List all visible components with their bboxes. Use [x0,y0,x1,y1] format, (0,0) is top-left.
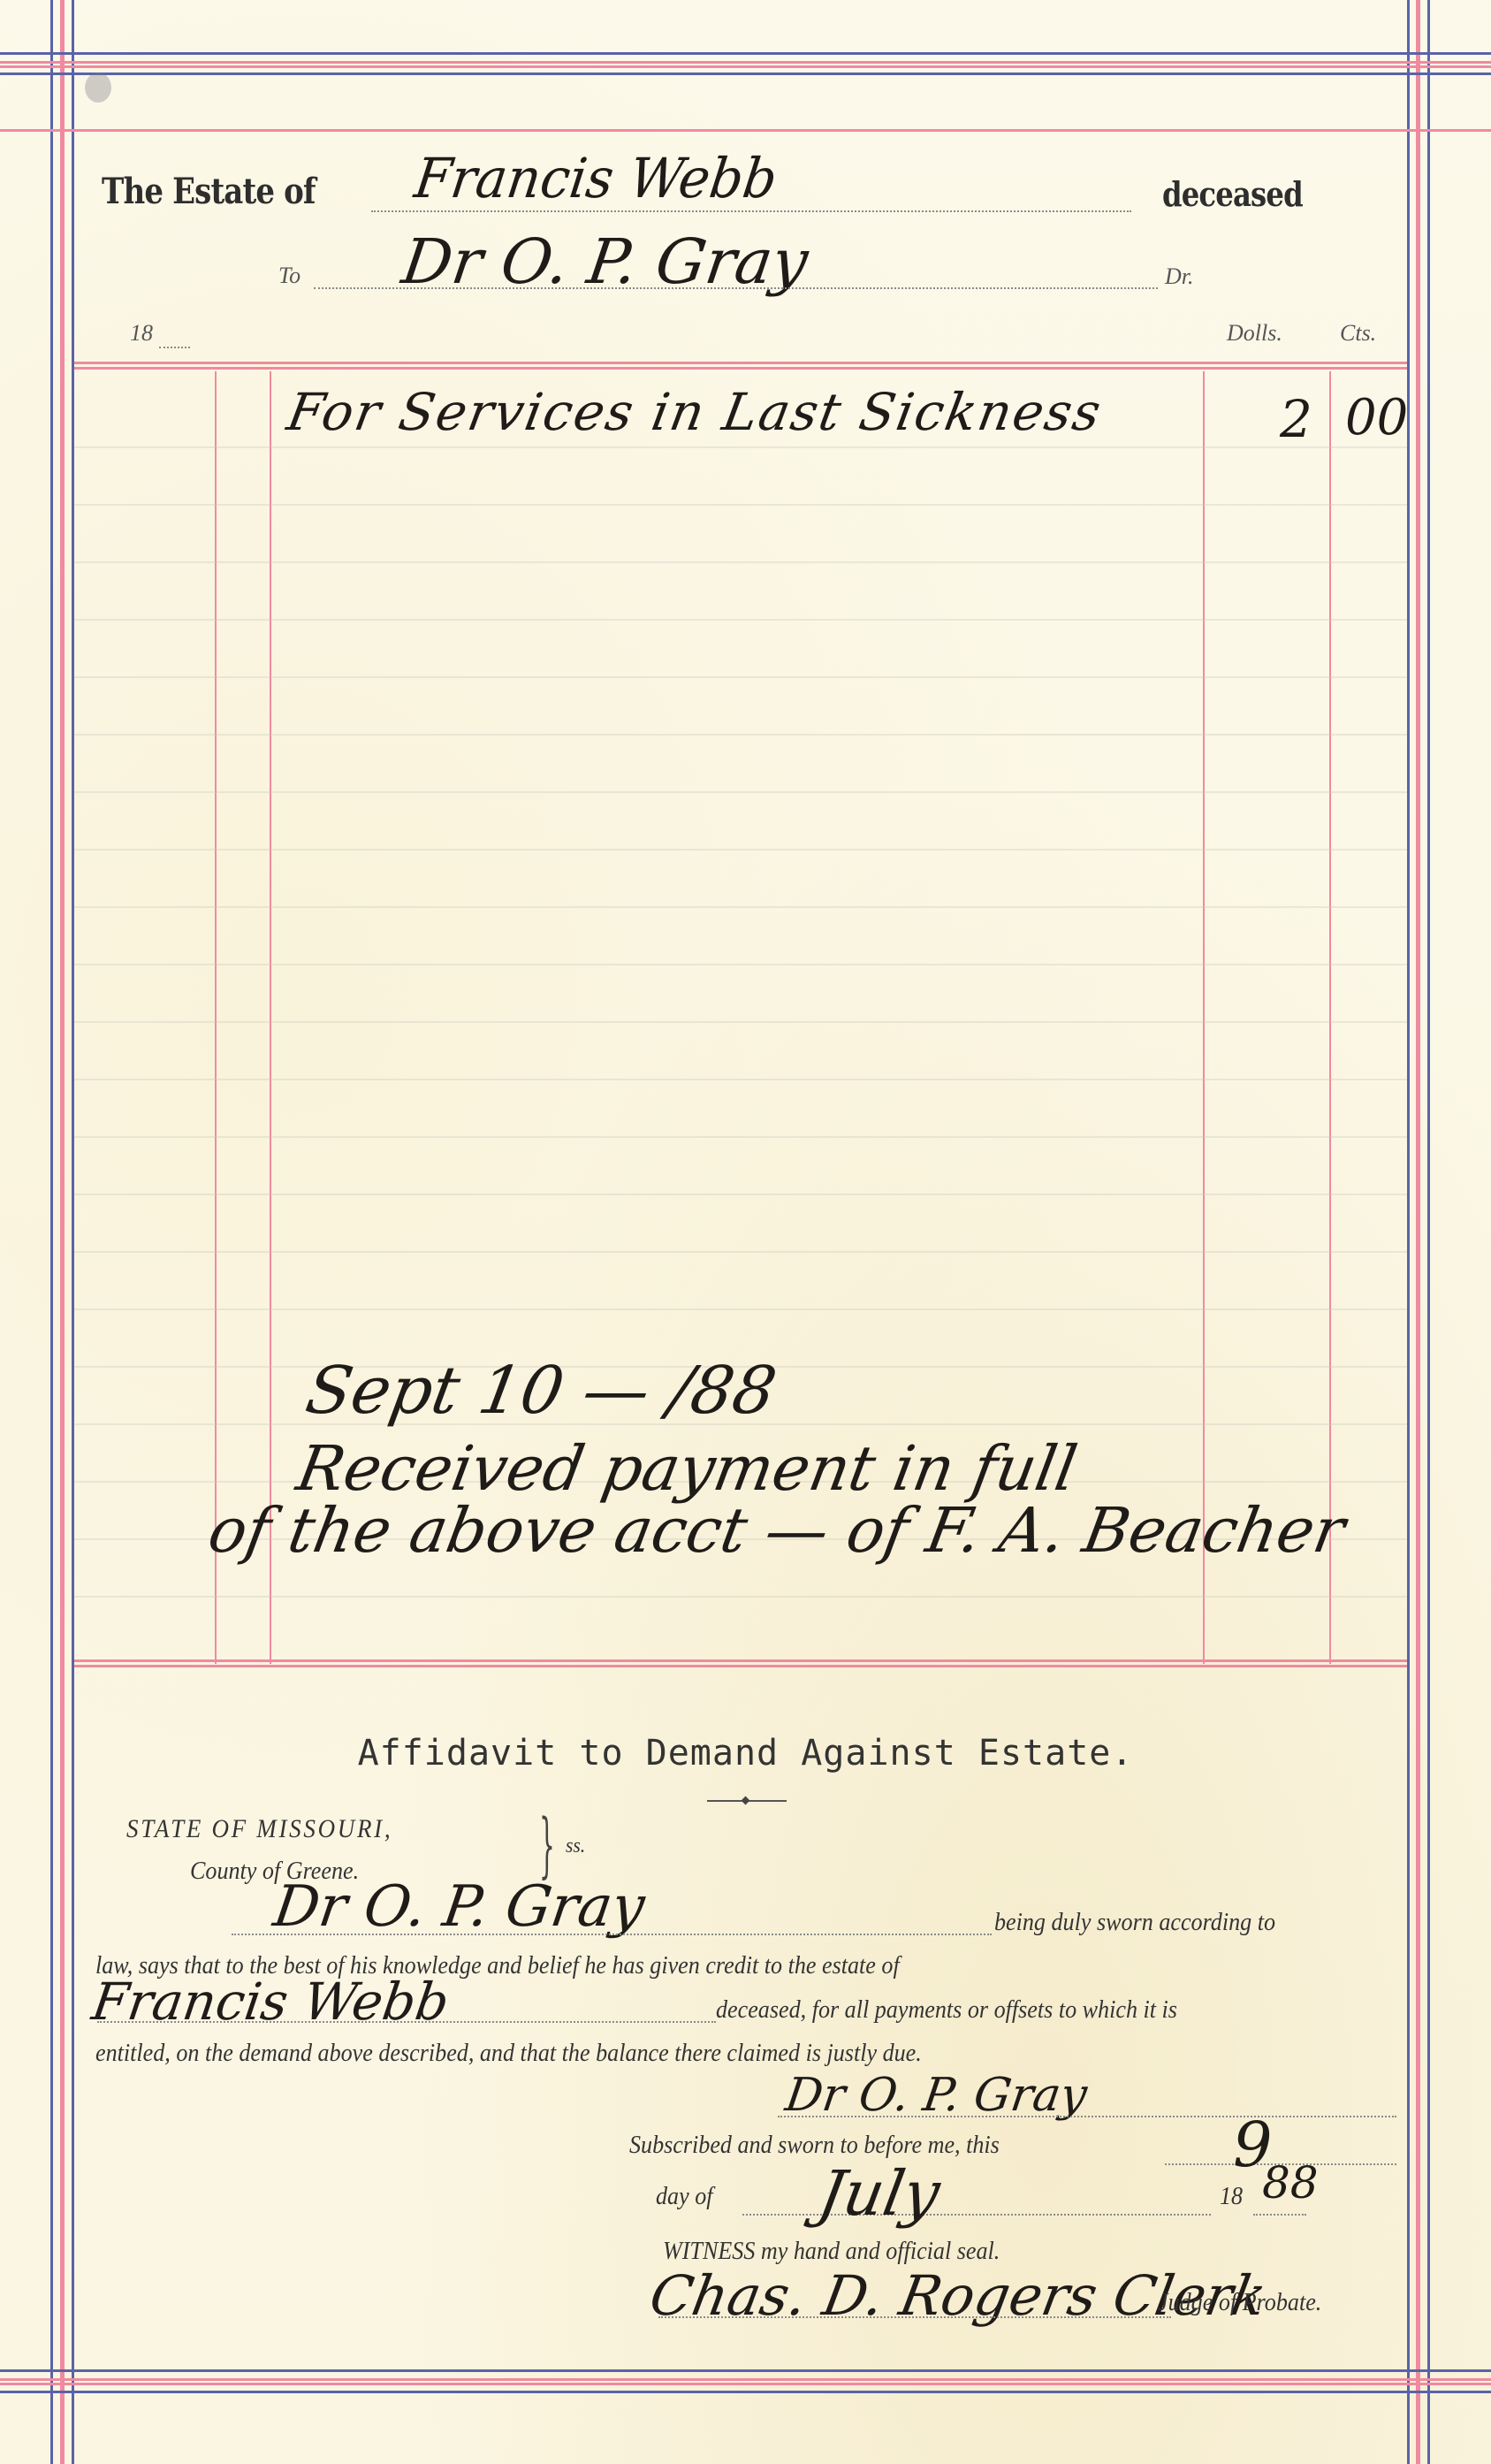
affiant-name: Dr O. P. Gray [270,1874,649,1940]
dollars-column-label: Dolls. [1227,320,1282,347]
ledger-line [74,504,1407,506]
dr-label: Dr. [1165,263,1194,290]
top-rule-pink-2 [0,65,1491,68]
year-line [159,347,190,348]
cents-column-rule [1329,371,1331,1664]
ledger-line [74,619,1407,621]
paper-background [0,0,1491,2464]
ledger-line [74,446,1407,448]
table-top-rule-2 [74,367,1407,370]
ledger-line [74,906,1407,908]
affidavit-line-4: entitled, on the demand above described,… [95,2039,922,2068]
left-border-blue-outer [50,0,53,2464]
ledger-line [74,1079,1407,1080]
header-top-rule [0,129,1491,132]
ledger-line [74,1251,1407,1253]
date-column-rule [215,371,217,1664]
witness-text: WITNESS my hand and official seal. [663,2237,1000,2266]
year-line [1253,2214,1306,2216]
right-border-pink [1416,0,1420,2464]
affidavit-estate-name-line [97,2021,716,2023]
ledger-line [74,1136,1407,1138]
line-item-dollars: 2 [1280,389,1312,449]
ledger-line [74,1021,1407,1023]
year-suffix: 88 [1262,2157,1319,2208]
year-prefix-label: 18 [130,320,153,347]
ledger-line [74,676,1407,678]
bottom-rule-pink-2 [0,2383,1491,2385]
cents-column-label: Cts. [1340,320,1376,347]
top-rule-blue-2 [0,72,1491,75]
ledger-line [74,734,1407,736]
ledger-line [74,791,1407,793]
sworn-text: being duly sworn according to [994,1908,1275,1937]
ornamental-divider [707,1800,787,1802]
right-border-blue-outer [1427,0,1430,2464]
year-prefix: 18 [1220,2182,1243,2211]
ledger-line [74,1596,1407,1598]
top-rule-pink-1 [0,61,1491,64]
month-line [742,2214,1211,2216]
ink-smudge [85,72,111,103]
month-value: July [813,2157,946,2230]
right-border-blue-inner [1407,0,1410,2464]
deceased-label: deceased [1162,174,1303,214]
table-bottom-rule-1 [74,1659,1407,1662]
official-signature-line [658,2316,1171,2318]
ledger-line [74,849,1407,851]
ledger-line [74,1308,1407,1310]
receipt-line-account: of the above acct — of F. A. Beacher [203,1494,1350,1567]
affidavit-title: Affidavit to Demand Against Estate. [0,1733,1491,1774]
ledger-line [74,964,1407,965]
to-label: To [278,263,300,289]
ss-label: ss. [566,1835,585,1858]
left-border-blue-inner [72,0,74,2464]
left-border-pink [60,0,65,2464]
estate-name-line [371,210,1131,212]
dollars-column-rule [1203,371,1205,1664]
affiant-name-line [232,1934,992,1935]
state-label: STATE OF MISSOURI, [126,1814,392,1844]
description-column-rule [270,371,271,1664]
table-bottom-rule-2 [74,1665,1407,1667]
bottom-rule-pink-1 [0,2378,1491,2381]
subscribed-text: Subscribed and sworn to before me, this [629,2131,1000,2160]
ledger-line [74,1194,1407,1195]
estate-name: Francis Webb [411,146,781,210]
affiant-signature: Dr O. P. Gray [782,2069,1090,2122]
affiant-signature-line [778,2116,1396,2117]
top-rule-blue-1 [0,52,1491,55]
day-of-label: day of [656,2182,713,2211]
line-item-cents: 00 [1345,389,1408,446]
bottom-rule-blue-2 [0,2391,1491,2393]
table-top-rule-1 [74,362,1407,364]
affidavit-line-3: deceased, for all payments or offsets to… [716,1995,1177,2025]
bottom-rule-blue-1 [0,2369,1491,2372]
official-title: Judge of Probate. [1158,2288,1321,2317]
estate-label: The Estate of [102,171,316,212]
ledger-line [74,561,1407,563]
line-item-description: For Services in Last Sickness [283,382,1107,442]
creditor-name-line [314,287,1158,289]
receipt-date: Sept 10 — /88 [300,1353,782,1429]
